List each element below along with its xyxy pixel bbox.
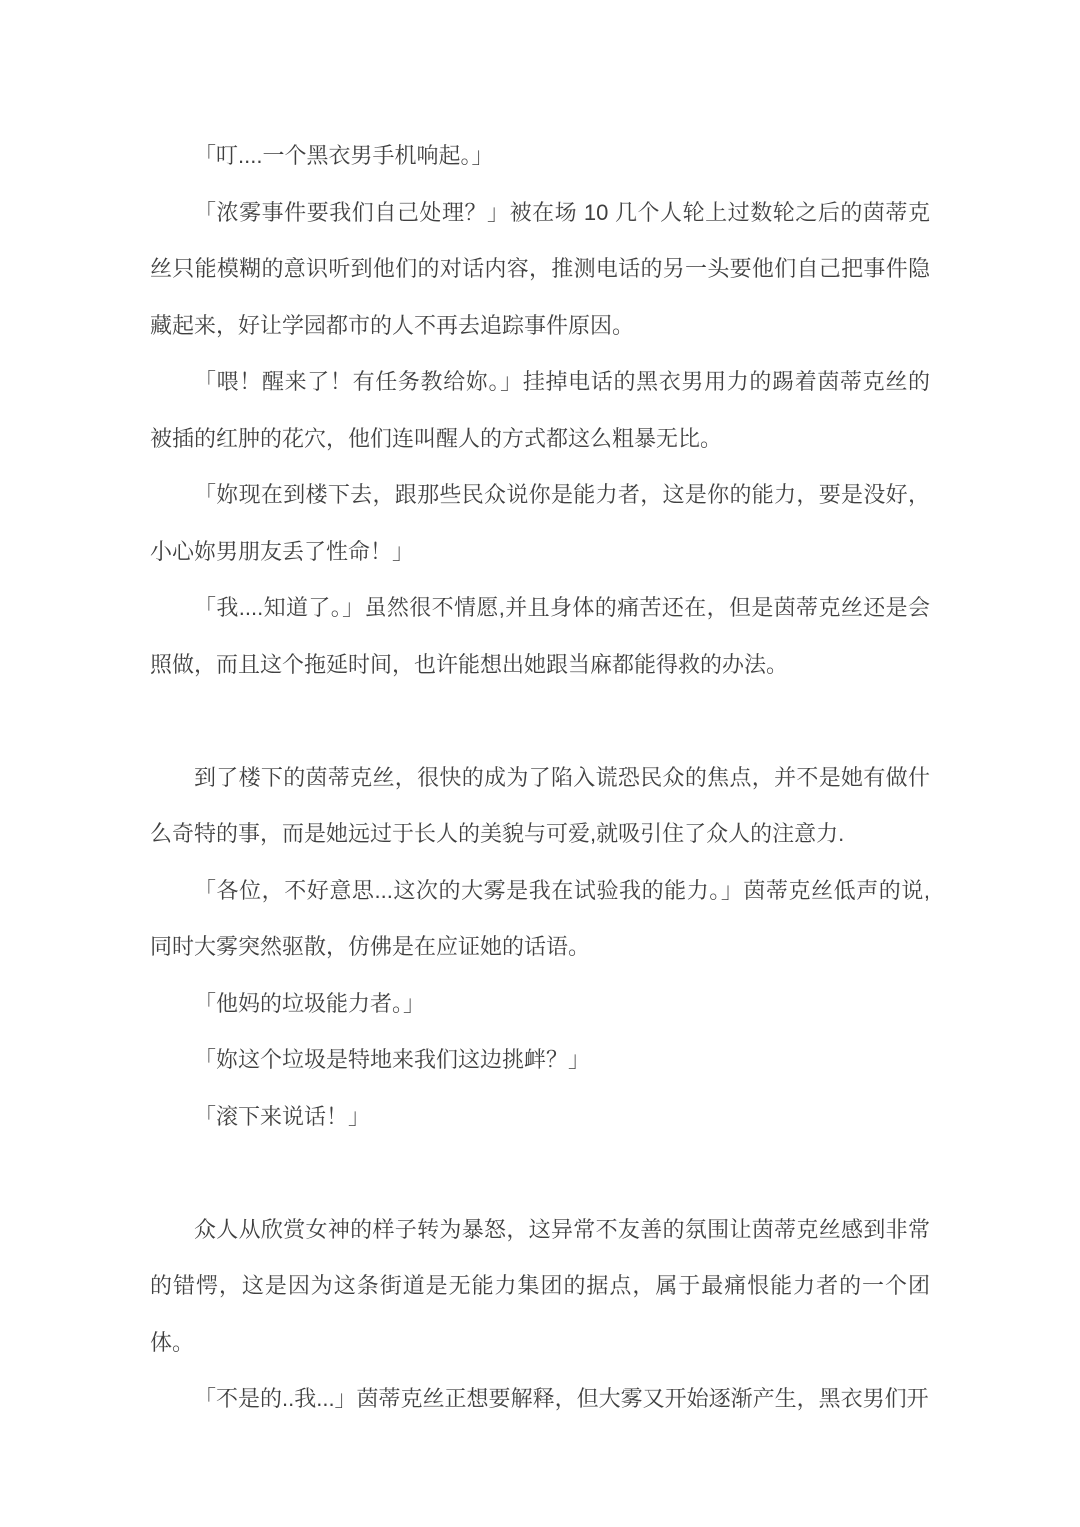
- document-page: 「叮....一个黑衣男手机响起。」 「浓雾事件要我们自己处理？」被在场 10 几…: [0, 0, 1080, 1527]
- paragraph: 「叮....一个黑衣男手机响起。」: [150, 128, 930, 185]
- paragraph: 「妳现在到楼下去，跟那些民众说你是能力者，这是你的能力，要是没好，小心妳男朋友丢…: [150, 467, 930, 580]
- paragraph: 「喂！醒来了！有任务教给妳。」挂掉电话的黑衣男用力的踢着茵蒂克丝的被插的红肿的花…: [150, 354, 930, 467]
- paragraph: 「浓雾事件要我们自己处理？」被在场 10 几个人轮上过数轮之后的茵蒂克丝只能模糊…: [150, 185, 930, 355]
- paragraph: 「滚下来说话！」: [150, 1089, 930, 1146]
- paragraph: 「他妈的垃圾能力者。」: [150, 976, 930, 1033]
- text-body: 「叮....一个黑衣男手机响起。」 「浓雾事件要我们自己处理？」被在场 10 几…: [150, 128, 930, 1428]
- paragraph: 「不是的..我...」茵蒂克丝正想要解释，但大雾又开始逐渐产生，黑衣男们开: [150, 1371, 930, 1428]
- blank-line: [150, 1145, 930, 1202]
- blank-line: [150, 693, 930, 750]
- paragraph: 到了楼下的茵蒂克丝，很快的成为了陷入谎恐民众的焦点，并不是她有做什么奇特的事，而…: [150, 750, 930, 863]
- paragraph: 「各位，不好意思...这次的大雾是我在试验我的能力。」茵蒂克丝低声的说,同时大雾…: [150, 863, 930, 976]
- paragraph: 「我....知道了。」虽然很不情愿,并且身体的痛苦还在，但是茵蒂克丝还是会照做，…: [150, 580, 930, 693]
- paragraph: 众人从欣赏女神的样子转为暴怒，这异常不友善的氛围让茵蒂克丝感到非常的错愕，这是因…: [150, 1202, 930, 1372]
- paragraph: 「妳这个垃圾是特地来我们这边挑衅？」: [150, 1032, 930, 1089]
